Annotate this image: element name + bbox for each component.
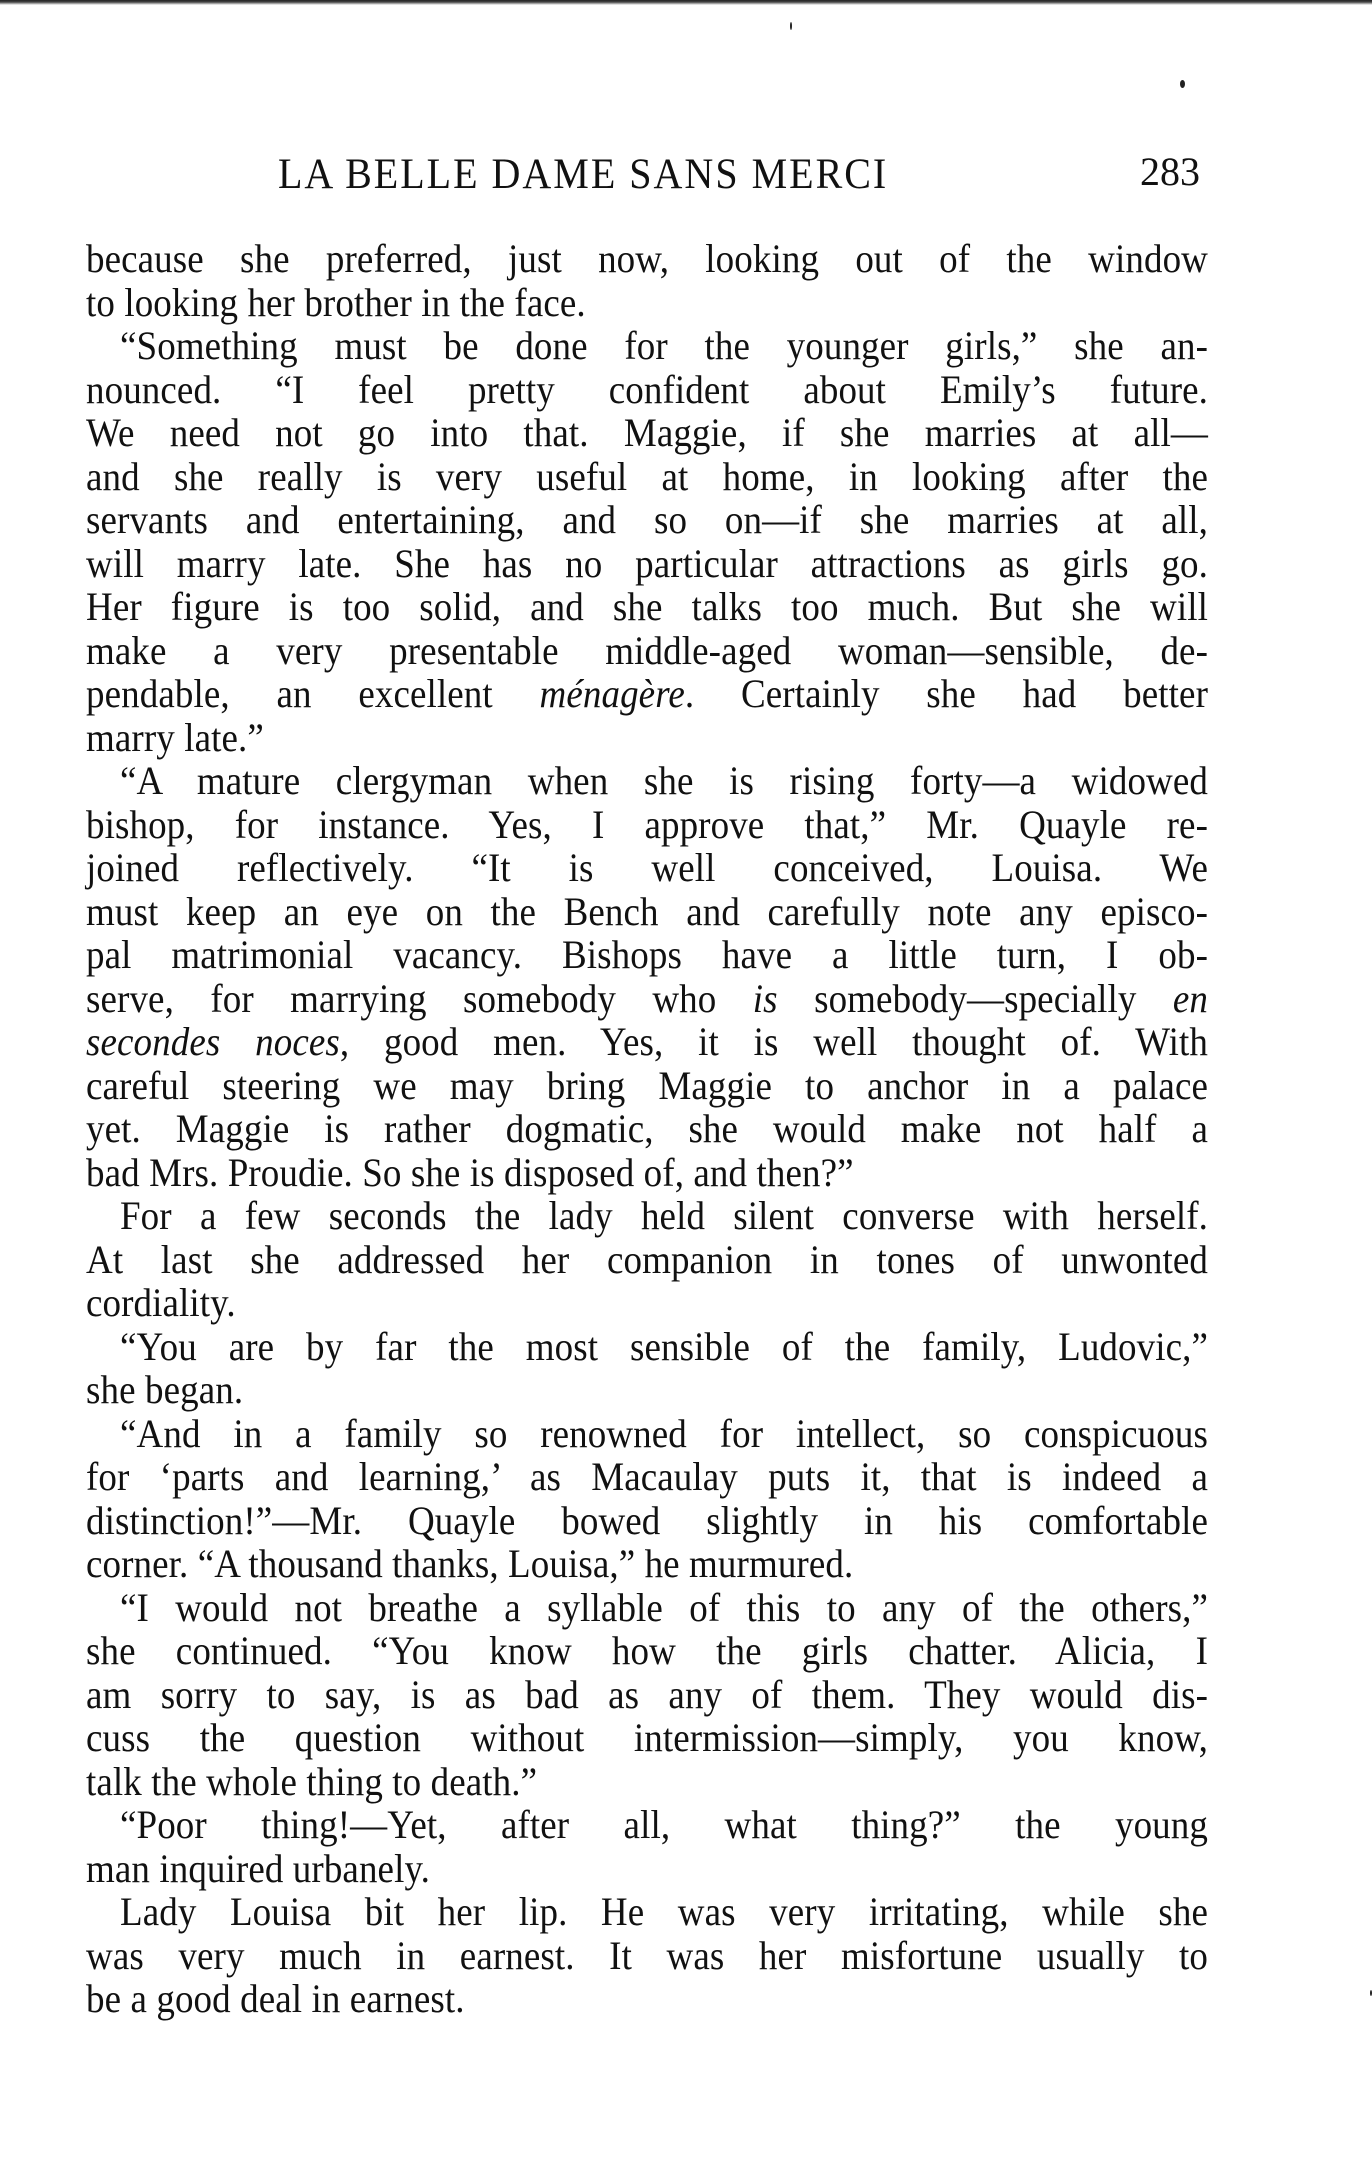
text-line: pendable, an excellent ménagère. Certain… <box>86 671 1208 719</box>
text-line: We need not go into that. Maggie, if she… <box>86 410 1208 458</box>
text-line: be a good deal in earnest. <box>86 1976 1208 2024</box>
body-text: because she preferred, just now, looking… <box>86 238 1208 2022</box>
text-line: man inquired urbanely. <box>86 1845 1208 1893</box>
text-line: bishop, for instance. Yes, I approve tha… <box>86 801 1208 849</box>
text-line: make a very presentable middle-aged woma… <box>86 627 1208 675</box>
scan-top-edge <box>0 0 1372 5</box>
text-line: joined reflectively. “It is well conceiv… <box>86 845 1208 893</box>
text-line: she continued. “You know how the girls c… <box>86 1628 1208 1676</box>
text-line: At last she addressed her companion in t… <box>86 1236 1208 1284</box>
text-line: because she preferred, just now, looking… <box>86 236 1208 284</box>
italic-phrase: ménagère <box>540 672 685 717</box>
text-line: bad Mrs. Proudie. So she is disposed of,… <box>86 1149 1208 1197</box>
scan-speck <box>790 22 792 30</box>
italic-phrase: is <box>753 976 778 1021</box>
text-line: for ‘parts and learning,’ as Macaulay pu… <box>86 1454 1208 1502</box>
text-line: Lady Louisa bit her lip. He was very irr… <box>86 1889 1208 1937</box>
text-line: servants and entertaining, and so on—if … <box>86 497 1208 545</box>
text-line: am sorry to say, is as bad as any of the… <box>86 1671 1208 1719</box>
text-line: distinction!”—Mr. Quayle bowed slightly … <box>86 1497 1208 1545</box>
text-line: “And in a family so renowned for intelle… <box>86 1410 1208 1458</box>
text-line: For a few seconds the lady held silent c… <box>86 1193 1208 1241</box>
text-line: secondes noces, good men. Yes, it is wel… <box>86 1019 1208 1067</box>
text-line: talk the whole thing to death.” <box>86 1758 1208 1806</box>
text-line: corner. “A thousand thanks, Louisa,” he … <box>86 1541 1208 1589</box>
text-line: cuss the question without intermission—s… <box>86 1715 1208 1763</box>
text-run: serve, for marrying somebody who <box>86 976 753 1021</box>
text-line: “A mature clergyman when she is rising f… <box>86 758 1208 806</box>
text-line: marry late.” <box>86 714 1208 762</box>
text-line: serve, for marrying somebody who is some… <box>86 975 1208 1023</box>
text-line: cordiality. <box>86 1280 1208 1328</box>
text-line: “Poor thing!—Yet, after all, what thing?… <box>86 1802 1208 1850</box>
text-run: , good men. Yes, it is well thought of. … <box>340 1020 1208 1065</box>
text-line: was very much in earnest. It was her mis… <box>86 1932 1208 1980</box>
scan-speck <box>1180 80 1185 88</box>
text-line: nounced. “I feel pretty confident about … <box>86 366 1208 414</box>
text-line: pal matrimonial vacancy. Bishops have a … <box>86 932 1208 980</box>
text-line: Her figure is too solid, and she talks t… <box>86 584 1208 632</box>
text-line: will marry late. She has no particular a… <box>86 540 1208 588</box>
text-line: careful steering we may bring Maggie to … <box>86 1062 1208 1110</box>
running-title: LA BELLE DAME SANS MERCI <box>278 148 888 199</box>
text-run: . Certainly she had better <box>685 672 1208 717</box>
text-line: “You are by far the most sensible of the… <box>86 1323 1208 1371</box>
italic-phrase: en <box>1173 976 1208 1021</box>
text-run: pendable, an excellent <box>86 672 540 717</box>
text-line: yet. Maggie is rather dogmatic, she woul… <box>86 1106 1208 1154</box>
text-run: somebody—specially <box>778 976 1173 1021</box>
page-header: LA BELLE DAME SANS MERCI 283 <box>0 148 1372 198</box>
text-line: she began. <box>86 1367 1208 1415</box>
italic-phrase: secondes noces <box>86 1020 340 1065</box>
text-line: “I would not breathe a syllable of this … <box>86 1584 1208 1632</box>
text-line: and she really is very useful at home, i… <box>86 453 1208 501</box>
page-number: 283 <box>1140 148 1200 195</box>
text-line: must keep an eye on the Bench and carefu… <box>86 888 1208 936</box>
text-line: “Something must be done for the younger … <box>86 323 1208 371</box>
text-line: to looking her brother in the face. <box>86 279 1208 327</box>
